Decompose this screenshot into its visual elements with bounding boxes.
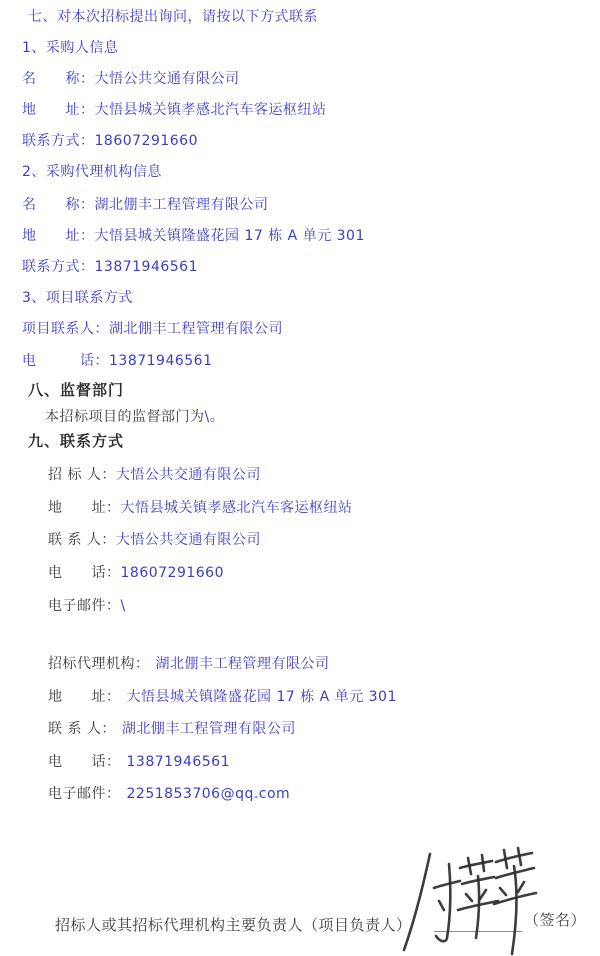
signature-handwriting bbox=[396, 846, 536, 956]
row-label: 项目联系人： bbox=[22, 321, 109, 337]
row-value: 大悟县城关镇孝感北汽车客运枢纽站 bbox=[121, 500, 353, 516]
section7-heading: 七、对本次招标提出询问，请按以下方式联系 bbox=[28, 8, 318, 26]
supervision-period: 。 bbox=[210, 409, 225, 425]
row-project-phone: 电 话：13871946561 bbox=[22, 352, 212, 370]
row-label: 电 话： bbox=[48, 754, 121, 770]
row-value: 13871946561 bbox=[109, 353, 212, 369]
row-tenderer-address: 地 址：大悟县城关镇孝感北汽车客运枢纽站 bbox=[48, 499, 353, 517]
group2-title: 2、采购代理机构信息 bbox=[22, 163, 162, 181]
row-label: 联 系 人： bbox=[48, 721, 116, 737]
row-value: 湖北倗丰工程管理有限公司 bbox=[95, 197, 269, 213]
row-purchaser-name: 名 称：大悟公共交通有限公司 bbox=[22, 70, 240, 88]
row-label: 电 话： bbox=[22, 353, 109, 369]
row-agency-address: 地 址：大悟县城关镇隆盛花园 17 栋 A 单元 301 bbox=[22, 227, 365, 245]
row-agent-contact: 联 系 人：湖北倗丰工程管理有限公司 bbox=[48, 720, 296, 738]
row-label: 联 系 人： bbox=[48, 532, 116, 548]
supervision-text: 本招标项目的监督部门为 bbox=[45, 409, 205, 425]
row-purchaser-address: 地 址：大悟县城关镇孝感北汽车客运枢纽站 bbox=[22, 101, 327, 119]
row-value: 湖北倗丰工程管理有限公司 bbox=[122, 721, 296, 737]
row-agency-name: 名 称：湖北倗丰工程管理有限公司 bbox=[22, 196, 269, 214]
row-value: 大悟公共交通有限公司 bbox=[116, 467, 261, 483]
row-agency-phone: 联系方式：13871946561 bbox=[22, 258, 198, 276]
document-page: 七、对本次招标提出询问，请按以下方式联系 1、采购人信息 名 称：大悟公共交通有… bbox=[0, 0, 600, 956]
row-label: 名 称： bbox=[22, 197, 95, 213]
row-label: 地 址： bbox=[22, 102, 95, 118]
row-agent-phone: 电 话：13871946561 bbox=[48, 753, 230, 771]
row-label: 名 称： bbox=[22, 71, 95, 87]
row-label: 联系方式： bbox=[22, 259, 95, 275]
row-value: 大悟县城关镇孝感北汽车客运枢纽站 bbox=[95, 102, 327, 118]
row-value: 13871946561 bbox=[127, 754, 230, 770]
row-label: 招 标 人： bbox=[48, 467, 116, 483]
row-value: 大悟县城关镇隆盛花园 17 栋 A 单元 301 bbox=[95, 228, 365, 244]
group1-title: 1、采购人信息 bbox=[22, 39, 118, 57]
row-tenderer: 招 标 人：大悟公共交通有限公司 bbox=[48, 466, 261, 484]
row-value: 湖北倗丰工程管理有限公司 bbox=[109, 321, 283, 337]
row-agent-org: 招标代理机构：湖北倗丰工程管理有限公司 bbox=[48, 655, 330, 673]
row-label: 地 址： bbox=[48, 689, 121, 705]
section9-heading: 九、联系方式 bbox=[28, 432, 124, 450]
row-agent-address: 地 址：大悟县城关镇隆盛花园 17 栋 A 单元 301 bbox=[48, 688, 397, 706]
row-value: 18607291660 bbox=[121, 565, 224, 581]
row-value: \ bbox=[121, 598, 126, 614]
row-label: 电子邮件： bbox=[48, 786, 121, 802]
row-value: 湖北倗丰工程管理有限公司 bbox=[156, 656, 330, 672]
row-label: 电 话： bbox=[48, 565, 121, 581]
row-label: 联系方式： bbox=[22, 133, 95, 149]
row-value: 大悟公共交通有限公司 bbox=[95, 71, 240, 87]
row-agent-email: 电子邮件：2251853706@qq.com bbox=[48, 785, 290, 803]
row-value: 大悟县城关镇隆盛花园 17 栋 A 单元 301 bbox=[127, 689, 397, 705]
row-value: 大悟公共交通有限公司 bbox=[116, 532, 261, 548]
group3-title: 3、项目联系方式 bbox=[22, 289, 133, 307]
row-label: 地 址： bbox=[22, 228, 95, 244]
row-tenderer-email: 电子邮件：\ bbox=[48, 597, 126, 615]
row-label: 电子邮件： bbox=[48, 598, 121, 614]
section8-heading: 八、监督部门 bbox=[28, 381, 124, 399]
responsible-person-line: 招标人或其招标代理机构主要负责人（项目负责人） bbox=[55, 916, 412, 934]
row-value: 18607291660 bbox=[95, 133, 198, 149]
section8-body: 本招标项目的监督部门为\。 bbox=[45, 408, 224, 426]
row-project-contact: 项目联系人：湖北倗丰工程管理有限公司 bbox=[22, 320, 283, 338]
row-value: 13871946561 bbox=[95, 259, 198, 275]
row-label: 招标代理机构： bbox=[48, 656, 150, 672]
row-purchaser-phone: 联系方式：18607291660 bbox=[22, 132, 198, 150]
row-tenderer-phone: 电 话：18607291660 bbox=[48, 564, 224, 582]
row-tenderer-contact: 联 系 人：大悟公共交通有限公司 bbox=[48, 531, 261, 549]
row-value: 2251853706@qq.com bbox=[127, 786, 291, 802]
row-label: 地 址： bbox=[48, 500, 121, 516]
